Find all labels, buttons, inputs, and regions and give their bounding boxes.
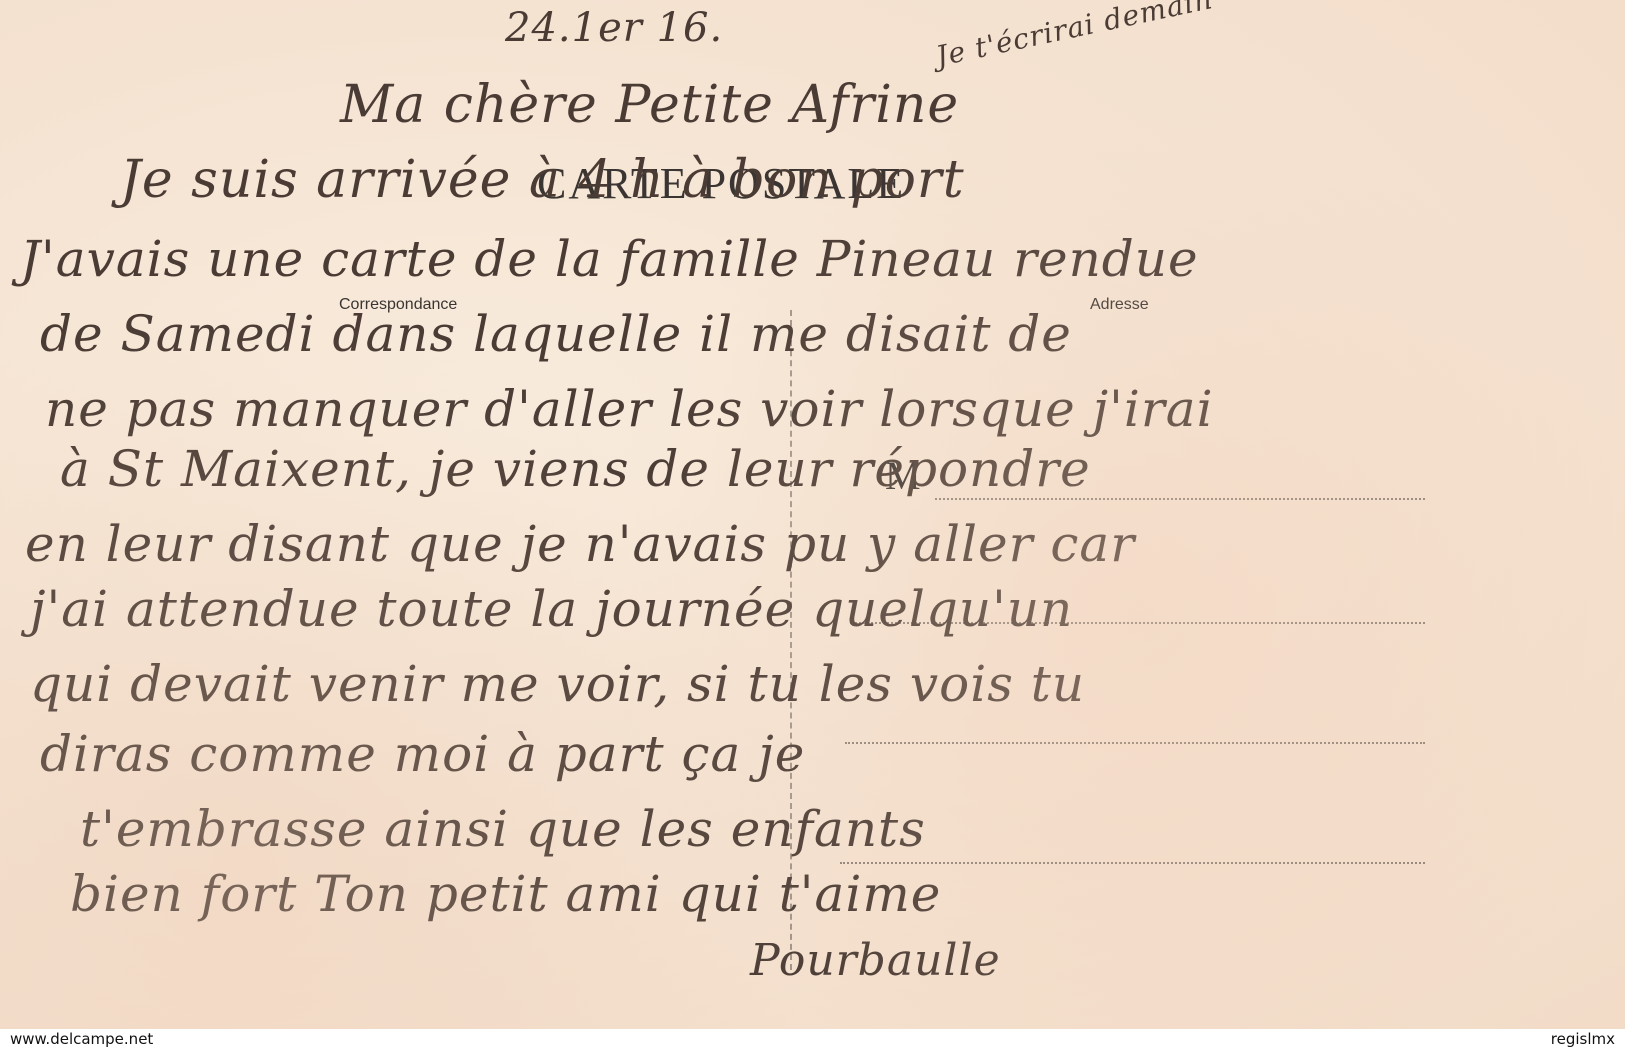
watermark-bar bbox=[0, 1029, 1625, 1048]
address-line-3 bbox=[845, 742, 1425, 744]
handwritten-signature: Pourbaulle bbox=[750, 935, 1001, 986]
handwritten-line: Je suis arrivée à 4 h à bon port bbox=[120, 150, 965, 210]
postcard-back: CARTE POSTALE Correspondance Adresse M 2… bbox=[0, 0, 1625, 1029]
address-line-4 bbox=[840, 862, 1425, 864]
handwritten-line: ne pas manquer d'aller les voir lorsque … bbox=[45, 380, 1214, 438]
handwritten-line: diras comme moi à part ça je bbox=[40, 725, 805, 783]
seller-watermark: regislmx bbox=[1551, 1030, 1615, 1048]
handwritten-line: j'ai attendue toute la journée quelqu'un bbox=[30, 580, 1073, 638]
handwritten-line: de Samedi dans laquelle il me disait de bbox=[40, 305, 1072, 363]
handwritten-line: t'embrasse ainsi que les enfants bbox=[80, 800, 926, 858]
address-label: Adresse bbox=[1090, 296, 1149, 314]
delcampe-watermark: www.delcampe.net bbox=[10, 1030, 153, 1048]
address-line-1 bbox=[935, 498, 1425, 500]
handwritten-line: en leur disant que je n'avais pu y aller… bbox=[25, 515, 1135, 573]
handwritten-line: qui devait venir me voir, si tu les vois… bbox=[30, 655, 1085, 713]
handwritten-date: 24.1er 16. bbox=[505, 5, 723, 51]
handwritten-line: à St Maixent, je viens de leur répondre bbox=[60, 440, 1091, 498]
handwritten-line: Ma chère Petite Afrine bbox=[340, 75, 959, 135]
handwritten-margin-note: Je t'écrirai demain bbox=[933, 0, 1216, 73]
handwritten-line: bien fort Ton petit ami qui t'aime bbox=[70, 865, 941, 923]
handwritten-line: J'avais une carte de la famille Pineau r… bbox=[20, 230, 1199, 288]
